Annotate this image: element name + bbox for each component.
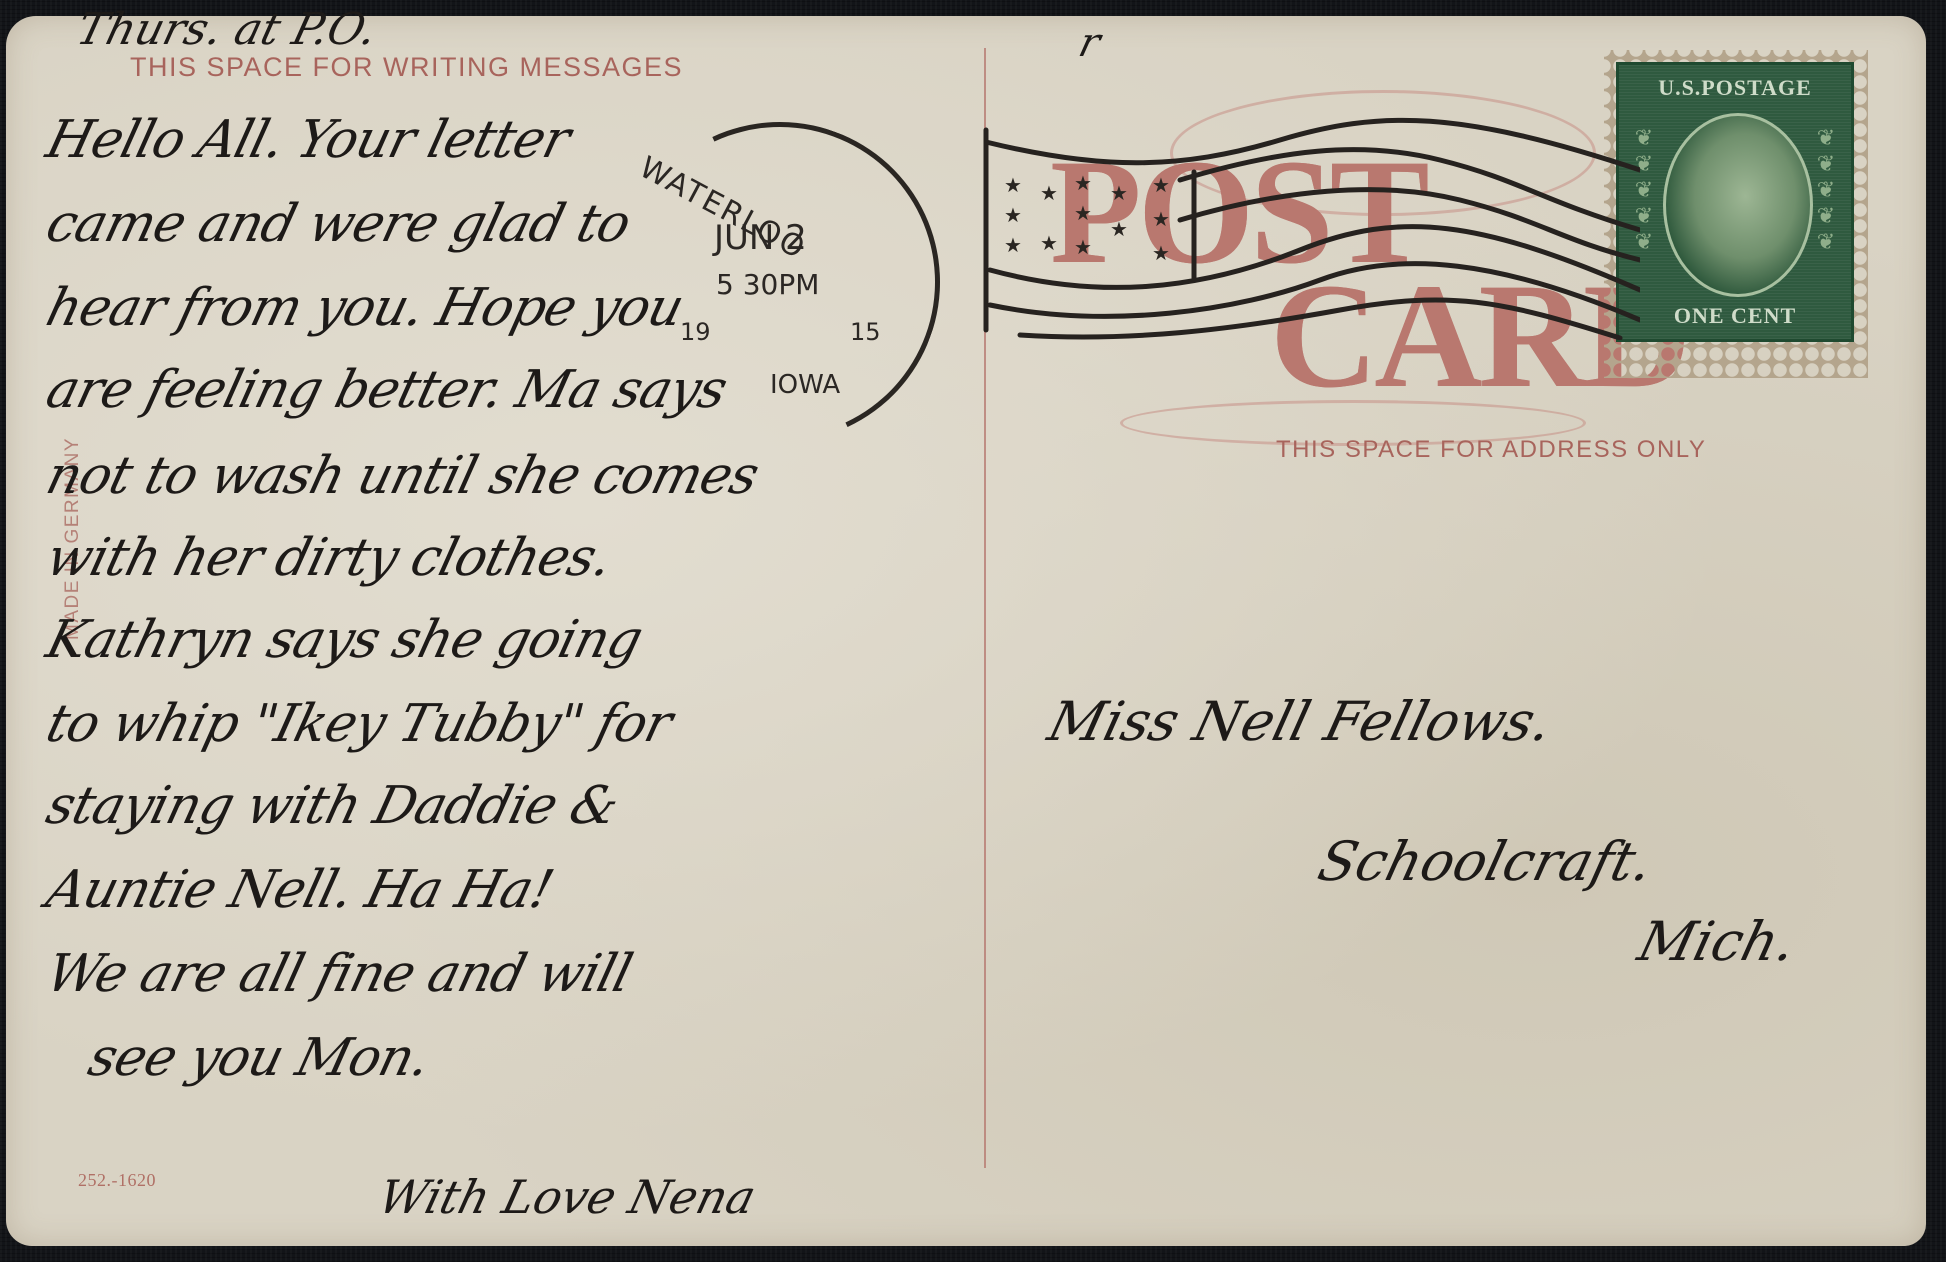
laurel-icon: ❦❦❦❦❦ [1815, 125, 1837, 285]
message-line: to whip "Ikey Tubby" for [41, 694, 678, 754]
postmark-date: JUN 2 [714, 218, 807, 258]
postmark-year-suffix: 15 [850, 318, 881, 346]
stamp-bottom-text: ONE CENT [1631, 303, 1839, 329]
message-line: with her dirty clothes. [41, 528, 618, 588]
handwritten-top-note: Thurs. at P.O. [72, 4, 382, 55]
postmark-state: IOWA [770, 370, 840, 400]
address-space-header: THIS SPACE FOR ADDRESS ONLY [1276, 436, 1706, 464]
message-line: staying with Daddie & [41, 776, 624, 836]
franklin-portrait [1663, 113, 1813, 297]
signature: With Love Nena [373, 1170, 761, 1224]
message-line: see you Mon. [83, 1028, 436, 1088]
message-line: Hello All. Your letter [41, 110, 576, 170]
flag-cancel-wavy-lines [980, 110, 1640, 340]
message-line: Kathryn says she going [41, 610, 648, 670]
stamp-top-text: U.S.POSTAGE [1631, 75, 1839, 101]
publisher-number: 252.-1620 [78, 1170, 156, 1191]
address-town: Schoolcraft. [1312, 830, 1659, 893]
message-line: came and were glad to [41, 194, 636, 254]
postmark-time: 5 30PM [716, 268, 819, 301]
postage-stamp: U.S.POSTAGE ❦❦❦❦❦ ❦❦❦❦❦ ONE CENT [1616, 62, 1854, 342]
message-line: Auntie Nell. Ha Ha! [41, 860, 559, 920]
message-line: hear from you. Hope you [41, 278, 690, 338]
address-state: Mich. [1632, 910, 1802, 973]
message-line: not to wash until she comes [41, 446, 764, 506]
message-space-header: THIS SPACE FOR WRITING MESSAGES [130, 52, 683, 83]
postmark-year-prefix: 19 [680, 318, 711, 346]
message-line: We are all fine and will [41, 944, 638, 1004]
address-recipient: Miss Nell Fellows. [1042, 690, 1558, 753]
message-line: are feeling better. Ma says [41, 360, 733, 420]
